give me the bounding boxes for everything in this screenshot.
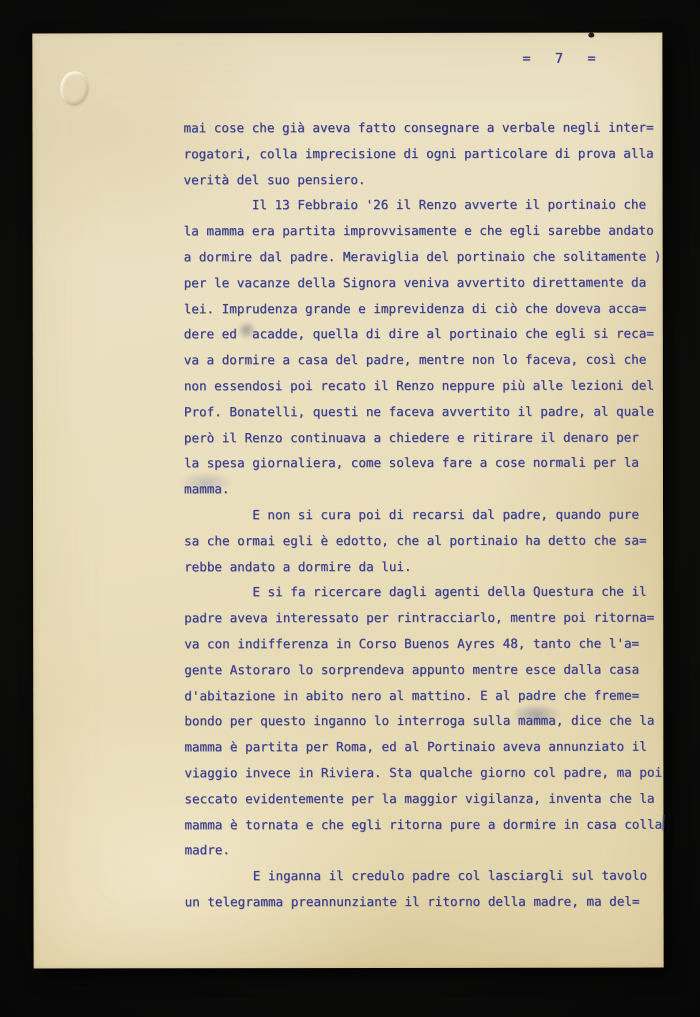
text-line: mai cose che già aveva fatto consegnare … [183, 115, 661, 141]
text-line: la mamma era partita improvvisamente e c… [184, 218, 662, 244]
document-page: = 7 = mai cose che già aveva fatto conse… [32, 33, 663, 969]
text-line: d'abitazione in abito nero al mattino. E… [184, 682, 662, 708]
embossed-stamp [60, 71, 88, 105]
text-line: rebbe andato a dormire da lui. [184, 553, 662, 579]
text-line: però il Renzo continuava a chiedere e ri… [184, 424, 662, 450]
text-line: bondo per questo inganno lo interroga su… [184, 708, 662, 734]
text-line: mamma è tornata e che egli ritorna pure … [184, 811, 662, 837]
text-line: seccato evidentemente per la maggior vig… [184, 785, 662, 811]
pen-mark [662, 815, 665, 831]
text-line: la spesa giornaliera, come soleva fare a… [184, 450, 662, 476]
text-line: Il 13 Febbraio '26 il Renzo avverte il p… [184, 192, 662, 218]
text-line: a dormire dal padre. Meraviglia del port… [184, 244, 662, 270]
text-line: rogatori, colla imprecisione di ogni par… [183, 140, 661, 166]
text-line: dere ed acadde, quella di dire al portin… [184, 321, 662, 347]
text-line: padre aveva interessato per rintracciarl… [184, 605, 662, 631]
text-line: viaggio invece in Riviera. Sta qualche g… [184, 759, 662, 785]
text-line: E non si cura poi di recarsi dal padre, … [184, 502, 662, 528]
page-number: = 7 = [522, 51, 595, 67]
text-line: Prof. Bonatelli, questi ne faceva avvert… [184, 398, 662, 424]
text-line: sa che ormai egli è edotto, che al porti… [184, 527, 662, 553]
text-line: mamma. [184, 476, 662, 502]
text-line: verità del suo pensiero. [184, 166, 662, 192]
text-line: per le vacanze della Signora veniva avve… [184, 269, 662, 295]
text-line: lei. Imprudenza grande e imprevidenza di… [184, 295, 662, 321]
text-line: madre. [184, 837, 662, 863]
text-line: un telegramma preannunziante il ritorno … [185, 888, 663, 914]
photo-background: = 7 = mai cose che già aveva fatto conse… [0, 0, 700, 1017]
text-line: va a dormire a casa del padre, mentre no… [184, 347, 662, 373]
text-line: non essendosi poi recato il Renzo neppur… [184, 373, 662, 399]
text-line: gente Astoraro lo sorprendeva appunto me… [184, 656, 662, 682]
typewritten-text: mai cose che già aveva fatto consegnare … [183, 115, 662, 915]
text-line: mamma è partita per Roma, ed al Portinai… [184, 734, 662, 760]
paper-speck [588, 33, 594, 38]
text-line: E si fa ricercare dagli agenti della Que… [184, 579, 662, 605]
text-line: va con indifferenza in Corso Buenos Ayre… [184, 630, 662, 656]
text-line: E inganna il credulo padre col lasciargl… [185, 863, 663, 889]
